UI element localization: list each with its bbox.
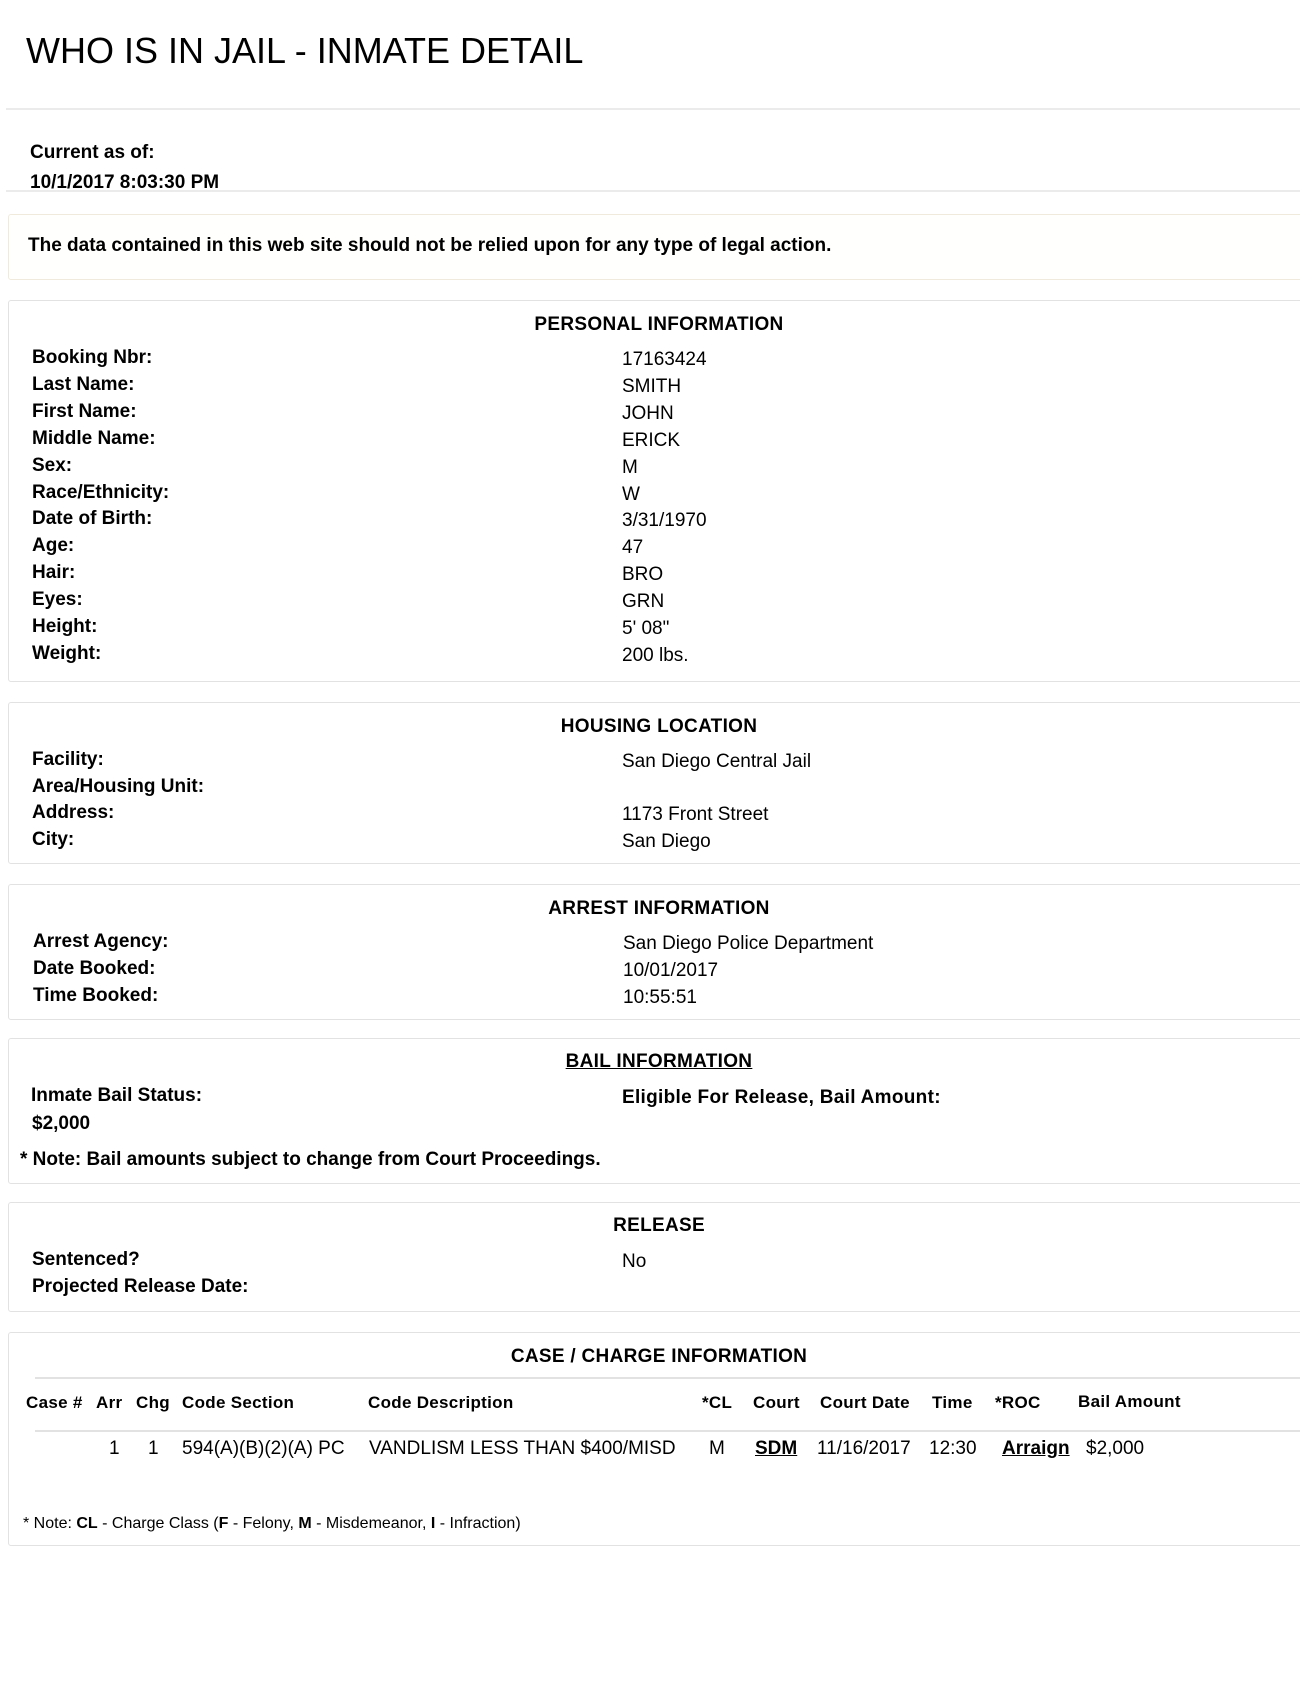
field-value: San Diego	[622, 831, 711, 853]
field-label: City:	[32, 829, 74, 851]
cell-code-description: VANDLISM LESS THAN $400/MISD	[369, 1438, 676, 1460]
column-header-bail-amount: Bail Amount	[1078, 1392, 1181, 1412]
disclaimer-text: The data contained in this web site shou…	[28, 235, 831, 257]
housing-location-section: HOUSING LOCATION Facility:San Diego Cent…	[8, 702, 1300, 864]
cell-charge-class: M	[709, 1438, 725, 1460]
field-label: Weight:	[32, 643, 101, 665]
release-section: RELEASE Sentenced? No Projected Release …	[8, 1202, 1300, 1312]
bail-status-label: Inmate Bail Status:	[31, 1085, 202, 1107]
page-title: WHO IS IN JAIL - INMATE DETAIL	[26, 30, 583, 72]
cell-court-date: 11/16/2017	[817, 1438, 911, 1460]
sentenced-value: No	[622, 1251, 646, 1273]
field-label: Age:	[32, 535, 74, 557]
field-label: Last Name:	[32, 374, 134, 396]
column-header-charge-class: *CL	[702, 1393, 732, 1413]
column-header-court-date: Court Date	[820, 1393, 910, 1413]
bail-status-value: $2,000	[32, 1113, 90, 1135]
cell-court: SDM	[755, 1438, 797, 1460]
field-value: 47	[622, 537, 643, 559]
field-label: Middle Name:	[32, 428, 156, 450]
section-title: BAIL INFORMATION	[9, 1051, 1300, 1073]
cell-chg: 1	[148, 1438, 159, 1460]
section-title: PERSONAL INFORMATION	[9, 314, 1300, 336]
section-title: RELEASE	[9, 1215, 1300, 1237]
cell-time: 12:30	[929, 1438, 977, 1460]
bail-note: * Note: Bail amounts subject to change f…	[20, 1149, 601, 1171]
field-label: Date of Birth:	[32, 508, 152, 530]
field-label: Arrest Agency:	[33, 931, 169, 953]
field-label: Facility:	[32, 749, 104, 771]
current-as-of-label: Current as of:	[30, 138, 219, 168]
field-value: M	[622, 457, 638, 479]
field-value: 200 lbs.	[622, 645, 689, 667]
cell-roc: Arraign	[1002, 1438, 1070, 1460]
eligible-release-label: Eligible For Release, Bail Amount:	[622, 1087, 941, 1109]
field-label: Sex:	[32, 455, 72, 477]
field-label: Height:	[32, 616, 97, 638]
field-value: 5' 08"	[622, 618, 669, 640]
field-value: 10:55:51	[623, 987, 697, 1009]
column-header-court: Court	[753, 1393, 800, 1413]
current-as-of-value: 10/1/2017 8:03:30 PM	[30, 168, 219, 198]
personal-information-section: PERSONAL INFORMATION Booking Nbr:1716342…	[8, 300, 1300, 682]
field-value: San Diego Police Department	[623, 933, 873, 955]
bail-information-section: BAIL INFORMATION Inmate Bail Status: $2,…	[8, 1038, 1300, 1184]
cell-arr: 1	[109, 1438, 120, 1460]
field-value: GRN	[622, 591, 664, 613]
charge-class-note: * Note: CL - Charge Class (F - Felony, M…	[23, 1515, 521, 1533]
column-header-case-number: Case #	[26, 1393, 83, 1413]
field-label: Date Booked:	[33, 958, 155, 980]
projected-release-label: Projected Release Date:	[32, 1276, 249, 1298]
field-value: W	[622, 484, 640, 506]
divider	[6, 108, 1300, 110]
field-value: SMITH	[622, 376, 681, 398]
current-as-of: Current as of: 10/1/2017 8:03:30 PM	[30, 138, 219, 198]
column-header-code-description: Code Description	[368, 1393, 514, 1413]
field-label: First Name:	[32, 401, 137, 423]
case-charge-section: CASE / CHARGE INFORMATION Case #ArrChgCo…	[8, 1332, 1300, 1546]
column-header-chg: Chg	[136, 1393, 170, 1413]
section-title: HOUSING LOCATION	[9, 716, 1300, 738]
section-title: CASE / CHARGE INFORMATION	[9, 1346, 1300, 1368]
roc-link[interactable]: Arraign	[1002, 1438, 1070, 1459]
column-header-code-section: Code Section	[182, 1393, 294, 1413]
field-label: Race/Ethnicity:	[32, 482, 169, 504]
field-label: Booking Nbr:	[32, 347, 152, 369]
field-label: Address:	[32, 802, 114, 824]
field-label: Area/Housing Unit:	[32, 776, 204, 798]
field-value: San Diego Central Jail	[622, 751, 811, 773]
table-divider	[35, 1377, 1300, 1379]
table-divider	[35, 1430, 1300, 1432]
field-value: 1173 Front Street	[622, 804, 768, 826]
court-link[interactable]: SDM	[755, 1438, 797, 1459]
field-value: ERICK	[622, 430, 680, 452]
sentenced-label: Sentenced?	[32, 1249, 140, 1271]
cell-code-section: 594(A)(B)(2)(A) PC	[182, 1438, 345, 1460]
field-value: BRO	[622, 564, 663, 586]
column-header-roc: *ROC	[995, 1393, 1041, 1413]
field-value: 10/01/2017	[623, 960, 718, 982]
field-value: 17163424	[622, 349, 707, 371]
field-value: 3/31/1970	[622, 510, 707, 532]
field-label: Hair:	[32, 562, 75, 584]
field-value: JOHN	[622, 403, 674, 425]
column-header-arr: Arr	[96, 1393, 122, 1413]
arrest-information-section: ARREST INFORMATION Arrest Agency:San Die…	[8, 884, 1300, 1020]
field-label: Time Booked:	[33, 985, 158, 1007]
column-header-time: Time	[932, 1393, 973, 1413]
disclaimer-box: The data contained in this web site shou…	[8, 214, 1300, 280]
field-label: Eyes:	[32, 589, 83, 611]
section-title: ARREST INFORMATION	[9, 898, 1300, 920]
divider	[6, 190, 1300, 192]
cell-bail-amount: $2,000	[1086, 1438, 1144, 1460]
